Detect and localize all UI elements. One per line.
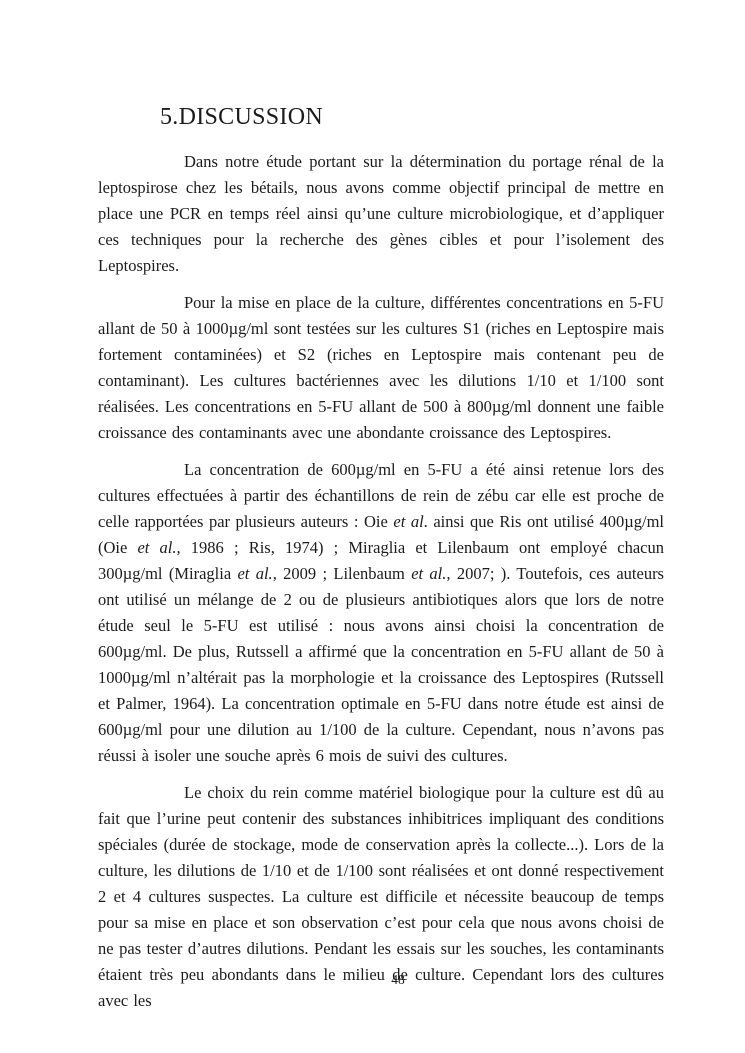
document-page: 5.DISCUSSION Dans notre étude portant su… [0,0,745,1053]
page-number: 48 [98,971,698,989]
paragraph-2: Pour la mise en place de la culture, dif… [98,290,664,446]
section-heading: 5.DISCUSSION [160,101,664,133]
paragraph-3: La concentration de 600µg/ml en 5-FU a é… [98,457,664,769]
body-text: Dans notre étude portant sur la détermin… [98,149,664,1014]
paragraph-1: Dans notre étude portant sur la détermin… [98,149,664,279]
page-content: 5.DISCUSSION Dans notre étude portant su… [0,0,664,1014]
